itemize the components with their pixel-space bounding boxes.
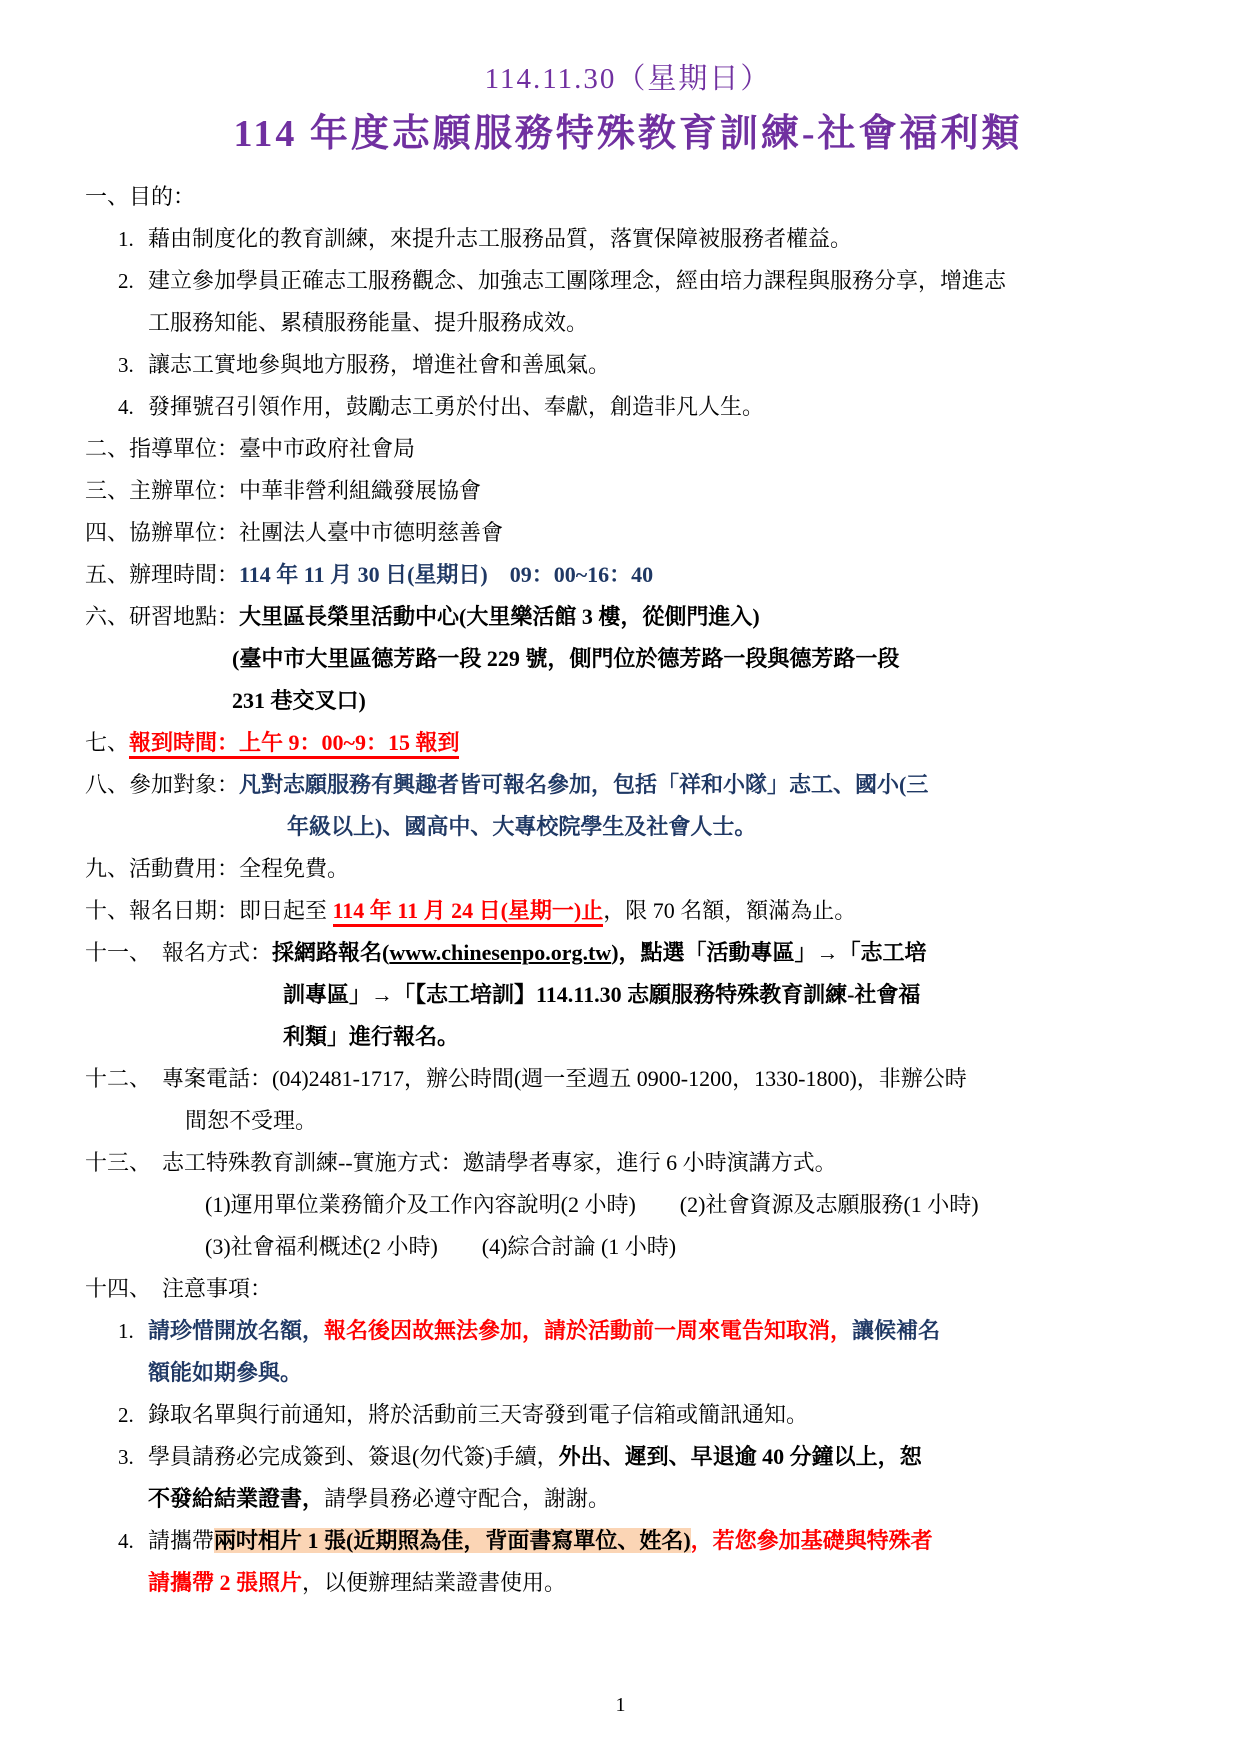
- text-segment: 不發給結業證書，: [148, 1486, 324, 1511]
- text-segment: 利類」進行報名。: [283, 1024, 459, 1049]
- text-segment: 請珍惜開放名額，: [148, 1318, 324, 1343]
- text-segment: 請攜帶 2 張照片: [148, 1570, 302, 1595]
- item-number: 4.: [118, 386, 148, 428]
- text-segment: 八、參加對象：: [85, 772, 239, 797]
- text-segment: 四、協辦單位：社團法人臺中市德明慈善會: [85, 520, 503, 545]
- line-training-format-items-1: (1)運用單位業務簡介及工作內容說明(2 小時) (2)社會資源及志願服務(1 …: [85, 1184, 1171, 1226]
- text-segment: 錄取名單與行前通知，將於活動前三天寄發到電子信箱或簡訊通知。: [148, 1402, 808, 1427]
- line-co-organizer: 四、協辦單位：社團法人臺中市德明慈善會: [85, 512, 1171, 554]
- text-segment: 231 巷交叉口): [232, 688, 366, 713]
- item-number: 4.: [118, 1520, 148, 1562]
- text-segment: 讓候補名: [852, 1318, 940, 1343]
- document-page: 114.11.30（星期日） 114 年度志願服務特殊教育訓練-社會福利類 一、…: [0, 0, 1241, 1755]
- text-segment: 間恕不受理。: [185, 1108, 317, 1133]
- line-note-4-cont: 請攜帶 2 張照片，以便辦理結業證書使用。: [85, 1562, 1171, 1604]
- line-note-3: 3.學員請務必完成簽到、簽退(勿代簽)手續，外出、遲到、早退逾 40 分鐘以上，…: [85, 1436, 1171, 1478]
- text-segment: 五、辦理時間：: [85, 562, 239, 587]
- text-segment: 藉由制度化的教育訓練，來提升志工服務品質，落實保障被服務者權益。: [148, 226, 852, 251]
- line-checkin-time: 七、報到時間：上午 9：00~9：15 報到: [85, 722, 1171, 764]
- text-segment: 凡對志願服務有興趣者皆可報名參加，包括「祥和小隊」志工、國小(三: [239, 772, 928, 797]
- text-segment: 工服務知能、累積服務能量、提升服務成效。: [148, 310, 588, 335]
- item-number: 2.: [118, 1394, 148, 1436]
- line-note-4: 4.請攜帶兩吋相片 1 張(近期照為佳，背面書寫單位、姓名)，若您參加基礎與特殊…: [85, 1520, 1171, 1562]
- line-purpose-heading: 一、目的：: [85, 176, 1171, 218]
- page-title: 114 年度志願服務特殊教育訓練-社會福利類: [85, 110, 1171, 158]
- line-venue-address-2: 231 巷交叉口): [85, 680, 1171, 722]
- text-segment: 讓志工實地參與地方服務，增進社會和善風氣。: [148, 352, 610, 377]
- item-number: 1.: [118, 218, 148, 260]
- page-number: 1: [0, 1694, 1241, 1717]
- line-registration-method-cont-2: 利類」進行報名。: [85, 1016, 1171, 1058]
- header-date: 114.11.30（星期日）: [85, 62, 1171, 96]
- text-segment: 114 年 11 月 24 日(星期一)止: [333, 898, 604, 927]
- text-segment: 報到時間：上午 9：00~9：15 報到: [129, 730, 459, 759]
- text-segment: 十一、 報名方式：: [85, 940, 272, 965]
- text-segment: 請攜帶: [148, 1528, 214, 1553]
- text-segment: 兩吋相片 1 張(近期照為佳，背面書寫單位、姓名): [214, 1528, 691, 1553]
- line-note-1-cont: 額能如期參與。: [85, 1352, 1171, 1394]
- text-segment: 三、主辦單位：中華非營利組織發展協會: [85, 478, 481, 503]
- line-venue: 六、研習地點：大里區長榮里活動中心(大里樂活館 3 樓，從側門進入): [85, 596, 1171, 638]
- text-segment: 外出、遲到、早退逾 40 分鐘以上，恕: [559, 1444, 922, 1469]
- item-number: 3.: [118, 1436, 148, 1478]
- line-notes-heading: 十四、 注意事項：: [85, 1268, 1171, 1310]
- text-segment: 學員請務必完成簽到、簽退(勿代簽)手續，: [148, 1444, 559, 1469]
- document-body: 一、目的：1.藉由制度化的教育訓練，來提升志工服務品質，落實保障被服務者權益。2…: [85, 176, 1171, 1604]
- text-segment: 額能如期參與。: [148, 1360, 302, 1385]
- line-training-format: 十三、 志工特殊教育訓練--實施方式：邀請學者專家，進行 6 小時演講方式。: [85, 1142, 1171, 1184]
- text-segment: 二、指導單位：臺中市政府社會局: [85, 436, 415, 461]
- line-training-format-items-2: (3)社會福利概述(2 小時) (4)綜合討論 (1 小時): [85, 1226, 1171, 1268]
- text-segment: 十四、 注意事項：: [85, 1276, 272, 1301]
- line-contact-phone-cont: 間恕不受理。: [85, 1100, 1171, 1142]
- text-segment: 建立參加學員正確志工服務觀念、加強志工團隊理念，經由培力課程與服務分享，增進志: [148, 268, 1006, 293]
- line-note-2: 2.錄取名單與行前通知，將於活動前三天寄發到電子信箱或簡訊通知。: [85, 1394, 1171, 1436]
- line-registration-deadline: 十、報名日期：即日起至 114 年 11 月 24 日(星期一)止，限 70 名…: [85, 890, 1171, 932]
- item-number: 1.: [118, 1310, 148, 1352]
- text-segment: 採網路報名(: [272, 940, 389, 965]
- text-segment: 發揮號召引領作用，鼓勵志工勇於付出、奉獻，創造非凡人生。: [148, 394, 764, 419]
- text-segment: 報名後因故無法參加，請於活動前一周來電告知取消，: [324, 1318, 852, 1343]
- line-participants-cont: 年級以上)、國高中、大專校院學生及社會人士。: [85, 806, 1171, 848]
- text-segment: 114 年 11 月 30 日(星期日) 09：00~16：40: [239, 562, 653, 587]
- text-segment: 七、: [85, 730, 129, 755]
- line-venue-address-1: (臺中市大里區德芳路一段 229 號，側門位於德芳路一段與德芳路一段: [85, 638, 1171, 680]
- text-segment: 年級以上)、國高中、大專校院學生及社會人士。: [287, 814, 756, 839]
- text-segment: 六、研習地點：: [85, 604, 239, 629]
- line-purpose-item-4: 4.發揮號召引領作用，鼓勵志工勇於付出、奉獻，創造非凡人生。: [85, 386, 1171, 428]
- text-segment: 十二、 專案電話：(04)2481-1717，辦公時間(週一至週五 0900-1…: [85, 1066, 967, 1091]
- line-participants: 八、參加對象：凡對志願服務有興趣者皆可報名參加，包括「祥和小隊」志工、國小(三: [85, 764, 1171, 806]
- line-registration-method: 十一、 報名方式：採網路報名(www.chinesenpo.org.tw)，點選…: [85, 932, 1171, 974]
- line-contact-phone: 十二、 專案電話：(04)2481-1717，辦公時間(週一至週五 0900-1…: [85, 1058, 1171, 1100]
- text-segment: ，若您參加基礎與特殊者: [691, 1528, 933, 1553]
- text-segment: 十三、 志工特殊教育訓練--實施方式：邀請學者專家，進行 6 小時演講方式。: [85, 1150, 837, 1175]
- item-number: 2.: [118, 260, 148, 302]
- text-segment: 一、目的：: [85, 184, 195, 209]
- line-purpose-item-2: 2.建立參加學員正確志工服務觀念、加強志工團隊理念，經由培力課程與服務分享，增進…: [85, 260, 1171, 302]
- line-note-1: 1.請珍惜開放名額，報名後因故無法參加，請於活動前一周來電告知取消，讓候補名: [85, 1310, 1171, 1352]
- text-segment: (臺中市大里區德芳路一段 229 號，側門位於德芳路一段與德芳路一段: [232, 646, 899, 671]
- text-segment: 十、報名日期：即日起至: [85, 898, 333, 923]
- line-guiding-unit: 二、指導單位：臺中市政府社會局: [85, 428, 1171, 470]
- text-segment: ，以便辦理結業證書使用。: [302, 1570, 566, 1595]
- line-registration-method-cont-1: 訓專區」→「【志工培訓】114.11.30 志願服務特殊教育訓練-社會福: [85, 974, 1171, 1016]
- text-segment: (1)運用單位業務簡介及工作內容說明(2 小時) (2)社會資源及志願服務(1 …: [205, 1192, 979, 1217]
- text-segment: ，限 70 名額，額滿為止。: [603, 898, 856, 923]
- registration-url-link[interactable]: www.chinesenpo.org.tw: [389, 940, 611, 965]
- text-segment: )，點選「活動專區」→「志工培: [611, 940, 926, 965]
- item-number: 3.: [118, 344, 148, 386]
- text-segment: 九、活動費用：全程免費。: [85, 856, 349, 881]
- line-note-3-cont: 不發給結業證書，請學員務必遵守配合，謝謝。: [85, 1478, 1171, 1520]
- line-purpose-item-3: 3.讓志工實地參與地方服務，增進社會和善風氣。: [85, 344, 1171, 386]
- line-purpose-item-2-cont: 工服務知能、累積服務能量、提升服務成效。: [85, 302, 1171, 344]
- line-fee: 九、活動費用：全程免費。: [85, 848, 1171, 890]
- line-event-time: 五、辦理時間：114 年 11 月 30 日(星期日) 09：00~16：40: [85, 554, 1171, 596]
- text-segment: 請學員務必遵守配合，謝謝。: [324, 1486, 610, 1511]
- line-organizer: 三、主辦單位：中華非營利組織發展協會: [85, 470, 1171, 512]
- text-segment: (3)社會福利概述(2 小時) (4)綜合討論 (1 小時): [205, 1234, 676, 1259]
- text-segment: 訓專區」→「【志工培訓】114.11.30 志願服務特殊教育訓練-社會福: [283, 982, 920, 1007]
- line-purpose-item-1: 1.藉由制度化的教育訓練，來提升志工服務品質，落實保障被服務者權益。: [85, 218, 1171, 260]
- text-segment: 大里區長榮里活動中心(大里樂活館 3 樓，從側門進入): [239, 604, 760, 629]
